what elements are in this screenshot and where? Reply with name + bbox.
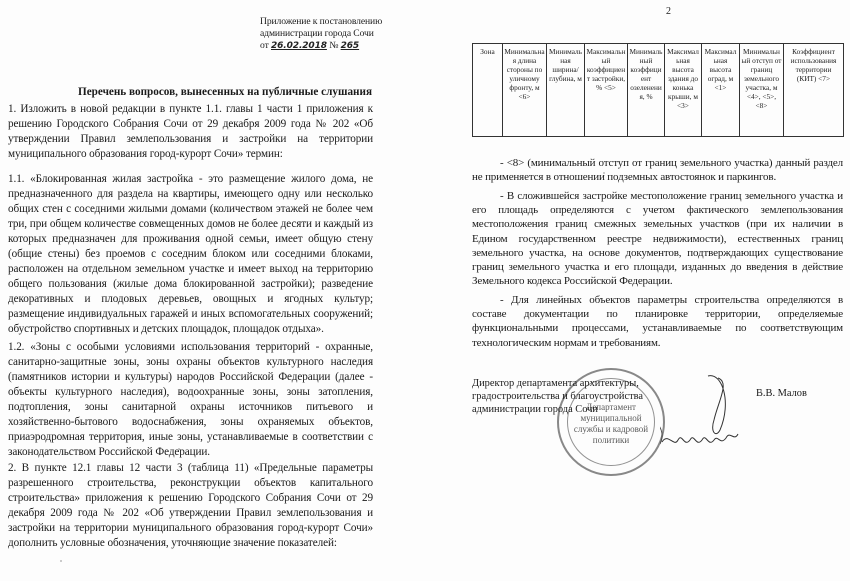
scan-speck — [178, 448, 180, 450]
page-number: 2 — [666, 6, 671, 17]
date-prefix: от — [260, 40, 269, 51]
seal-line-4: политики — [559, 435, 663, 446]
parameters-table: Зона Минимальная длина стороны по улично… — [472, 43, 844, 137]
paragraph-1: 1. Изложить в новой редакции в пункте 1.… — [8, 102, 373, 162]
handwritten-number: 265 — [341, 41, 360, 51]
seal-line-2: муниципальной — [559, 413, 663, 424]
handwritten-signature-icon — [660, 372, 750, 462]
table-header-cell: Коэффициент использования территории (КИ… — [784, 44, 844, 137]
table-header-cell: Минимальный отступ от границ земельного … — [740, 44, 784, 137]
table-header-row: Зона Минимальная длина стороны по улично… — [473, 44, 844, 137]
document-page-left: Приложение к постановлению администрации… — [0, 0, 450, 581]
appendix-header-line2: администрации города Сочи — [260, 28, 460, 40]
paragraph-2: 2. В пункте 12.1 главы 12 части 3 (табли… — [8, 461, 373, 551]
official-seal-icon: Департамент муниципальной службы и кадро… — [557, 368, 665, 476]
table-header-cell: Максимальный коэффициент застройки, % <5… — [585, 44, 628, 137]
seal-line-3: службы и кадровой — [559, 424, 663, 435]
document-title: Перечень вопросов, вынесенных на публичн… — [0, 86, 450, 98]
table-header-cell: Минимальный коэффициент озеленения, % — [628, 44, 665, 137]
appendix-header: Приложение к постановлению администрации… — [260, 16, 460, 52]
number-prefix: № — [329, 40, 338, 51]
table-header-cell: Максимальная высота оград, м <1> — [702, 44, 740, 137]
table-header-cell: Зона — [473, 44, 503, 137]
appendix-date-line: от 26.02.2018 № 265 — [260, 40, 460, 52]
scan-speck — [335, 472, 337, 474]
seal-text: Департамент муниципальной службы и кадро… — [559, 402, 663, 446]
table-header-cell: Минимальная длина стороны по уличному фр… — [503, 44, 547, 137]
paragraph-1-2: 1.2. «Зоны с особыми условиями использов… — [8, 340, 373, 460]
scan-speck — [760, 390, 762, 392]
appendix-header-line1: Приложение к постановлению — [260, 16, 460, 28]
document-page-right: 2 Зона Минимальная длина стороны по улич… — [450, 0, 850, 581]
note-8-paragraph: - <8> (минимальный отступ от границ земе… — [472, 156, 843, 184]
paragraph-1-1: 1.1. «Блокированная жилая застройка - эт… — [8, 172, 373, 337]
scan-speck — [603, 172, 605, 174]
linear-objects-paragraph: - Для линейных объектов параметры строит… — [472, 293, 843, 350]
signer-name: В.В. Малов — [756, 388, 807, 399]
table-header-cell: Максимальная высота здания до конька кры… — [665, 44, 702, 137]
seal-line-1: Департамент — [559, 402, 663, 413]
scan-speck — [60, 560, 62, 562]
handwritten-date: 26.02.2018 — [271, 41, 327, 51]
table-header-cell: Минимальная ширина/ глубина, м — [547, 44, 585, 137]
existing-development-paragraph: - В сложившейся застройке местоположение… — [472, 189, 843, 288]
